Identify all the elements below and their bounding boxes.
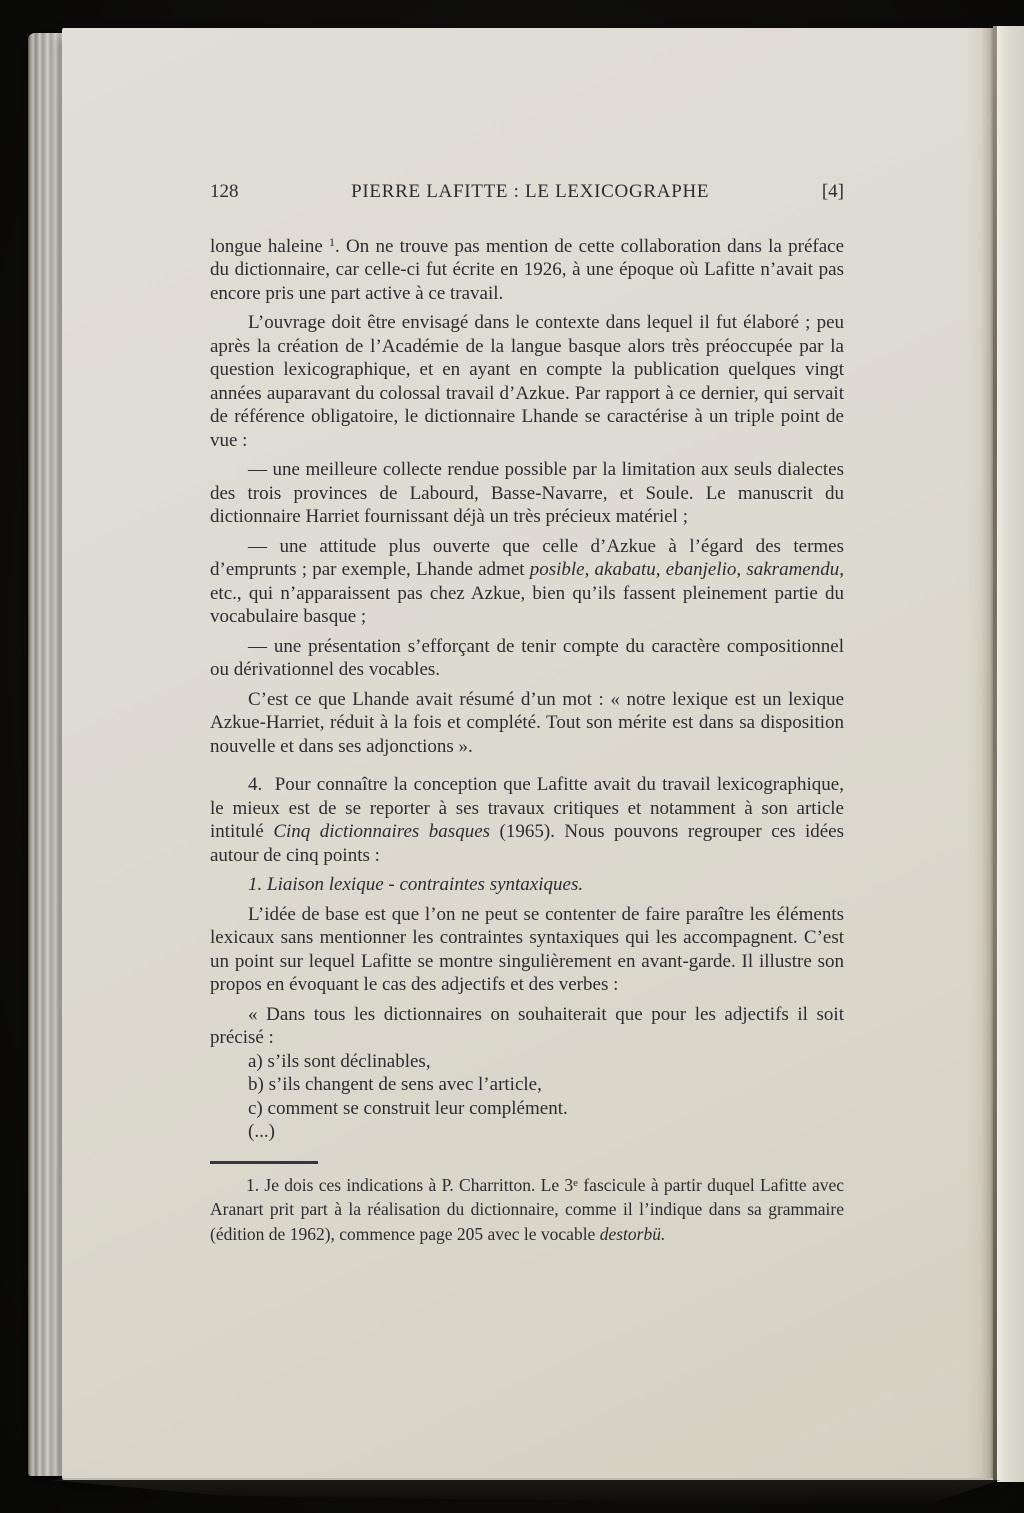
text-run: C’est ce que Lhande avait résumé d’un mo… [210,689,844,757]
italic-run: posible, akabatu, ebanjelio, sakramendu, [530,559,844,580]
text-run: longue haleine [210,236,329,257]
subheading-liaison-lexique: 1. Liaison lexique - contraintes syntaxi… [210,873,844,897]
book-page-edges [28,33,64,1476]
idee-de-base-paragraph: L’idée de base est que l’on ne peut se c… [210,903,844,997]
text-run: a) s’ils sont déclinables, [248,1051,431,1072]
text-run: b) s’ils changent de sens avec l’article… [248,1074,542,1095]
italic-run: 1. Liaison lexique - contraintes syntaxi… [248,874,583,895]
text-run: « Dans tous les dictionnaires on souhait… [210,1004,844,1049]
text-run: etc., qui n’apparaissent pas chez Azkue,… [210,583,844,628]
italic-run: Cinq dictionnaires basques [273,821,490,842]
text-run: (...) [248,1121,275,1142]
issue-marker: [4] [822,180,844,204]
continuation-paragraph: longue haleine 1. On ne trouve pas menti… [210,235,844,306]
body-text: longue haleine 1. On ne trouve pas menti… [210,235,844,1144]
quote-ellipsis: (...) [210,1120,844,1144]
quote-intro-paragraph: « Dans tous les dictionnaires on souhait… [210,1003,844,1050]
quote-item-b: b) s’ils changent de sens avec l’article… [210,1073,844,1097]
text-run: c) comment se construit leur complément. [248,1098,568,1119]
context-paragraph: L’ouvrage doit être envisagé dans le con… [210,311,844,452]
footnote-rule [210,1161,318,1164]
book-bottom-shadow [50,1480,1000,1506]
footnotes: 1. Je dois ces indications à P. Charritt… [210,1173,844,1247]
facing-page-edge [997,26,1024,1482]
dash-item-collecte: — une meilleure collecte rendue possible… [210,458,844,529]
lhande-summary-paragraph: C’est ce que Lhande avait résumé d’un mo… [210,688,844,759]
text-run: — une meilleure collecte rendue possible… [210,459,844,527]
section-4-paragraph: 4. Pour connaître la conception que Lafi… [210,773,844,867]
running-title: PIERRE LAFITTE : LE LEXICOGRAPHE [351,180,709,204]
quote-item-a: a) s’ils sont déclinables, [210,1050,844,1074]
book-page: 128 PIERRE LAFITTE : LE LEXICOGRAPHE [4]… [62,28,993,1478]
page-text-column: 128 PIERRE LAFITTE : LE LEXICOGRAPHE [4]… [210,180,844,1252]
page-header: 128 PIERRE LAFITTE : LE LEXICOGRAPHE [4] [210,180,844,204]
text-run: — une présentation s’efforçant de tenir … [210,636,844,681]
text-run: 1. Je dois ces indications à P. Charritt… [246,1175,573,1195]
page-number: 128 [210,180,239,204]
text-run: L’ouvrage doit être envisagé dans le con… [210,312,844,451]
footnote-1: 1. Je dois ces indications à P. Charritt… [210,1173,844,1247]
dash-item-presentation: — une présentation s’efforçant de tenir … [210,635,844,682]
scanned-book-photo: 128 PIERRE LAFITTE : LE LEXICOGRAPHE [4]… [0,0,1024,1513]
italic-run: destorbü. [600,1224,666,1244]
quote-item-c: c) comment se construit leur complément. [210,1097,844,1121]
text-run: L’idée de base est que l’on ne peut se c… [210,904,844,996]
dash-item-attitude: — une attitude plus ouverte que celle d’… [210,535,844,629]
